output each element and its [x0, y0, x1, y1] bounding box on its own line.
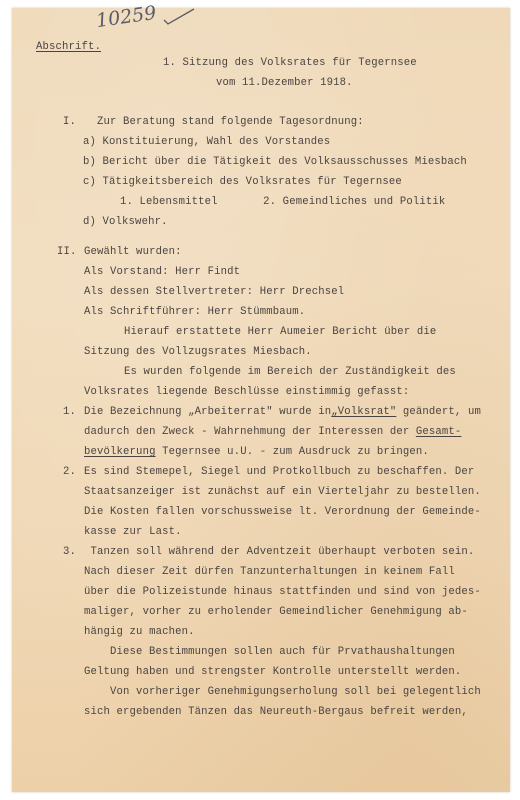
agenda-item-a: a) Konstituierung, Wahl des Vorstandes	[83, 136, 330, 148]
report-line-2: Sitzung des Vollzugsrates Miesbach.	[84, 346, 312, 358]
copy-label: Abschrift.	[36, 41, 101, 53]
resolution-2-number: 2.	[63, 466, 76, 478]
check-mark-icon	[162, 8, 196, 26]
resolution-3-para2-line-2: Geltung haben und strengster Kontrolle u…	[84, 666, 461, 678]
resolution-3-line-3: über die Polizeistunde hinaus stattfinde…	[84, 586, 481, 598]
section2-intro: Gewählt wurden:	[84, 246, 182, 258]
agenda-item-d: d) Volkswehr.	[83, 216, 168, 228]
resolution-1-number: 1.	[63, 406, 76, 418]
section1-numeral: I.	[63, 116, 76, 128]
section2-numeral: II.	[57, 246, 77, 258]
resolution-2-line-4: kasse zur Last.	[84, 526, 182, 538]
resolution-3-line-4: maliger, vorher zu erholender Gemeindlic…	[84, 606, 468, 618]
title-line-1: 1. Sitzung des Volksrates für Tegernsee	[163, 57, 417, 69]
agenda-item-c-subitems: 1. Lebensmittel 2. Gemeindliches und Pol…	[120, 196, 445, 208]
title-line-2: vom 11.Dezember 1918.	[216, 77, 353, 89]
resolution-3-number: 3.	[63, 546, 76, 558]
resolution-2-line-3: Die Kosten fallen vorschussweise lt. Ver…	[84, 506, 481, 518]
decisions-line-2: Volksrates liegende Beschlüsse einstimmi…	[84, 386, 409, 398]
resolution-2-line-2: Staatsanzeiger ist zunächst auf ein Vier…	[84, 486, 481, 498]
resolution-3-para2-line-1: Diese Bestimmungen sollen auch für Prvat…	[110, 646, 455, 658]
report-line-1: Hierauf erstattete Herr Aumeier Bericht …	[124, 326, 436, 338]
resolution-1-line-1: Die Bezeichnung „Arbeiterrat" wurde in„V…	[84, 406, 481, 418]
resolution-1-line-3: bevölkerung Tegernsee u.U. - zum Ausdruc…	[84, 446, 429, 458]
agenda-item-c: c) Tätigkeitsbereich des Volksrates für …	[83, 176, 402, 188]
resolution-3-line-1: Tanzen soll während der Adventzeit überh…	[84, 546, 474, 558]
decisions-line-1: Es wurden folgende im Bereich der Zustän…	[124, 366, 456, 378]
agenda-item-b: b) Bericht über die Tätigkeit des Volksa…	[83, 156, 467, 168]
resolution-3-para3-line-1: Von vorheriger Genehmigungserholung soll…	[110, 686, 481, 698]
resolution-3-para3-line-2: sich ergebenden Tänzen das Neureuth-Berg…	[84, 706, 468, 718]
resolution-3-line-5: hängig zu machen.	[84, 626, 195, 638]
elected-chair: Als Vorstand: Herr Findt	[84, 266, 240, 278]
resolution-1-line-2: dadurch den Zweck - Wahrnehmung der Inte…	[84, 426, 461, 438]
section1-intro: Zur Beratung stand folgende Tagesordnung…	[97, 116, 364, 128]
elected-deputy: Als dessen Stellvertreter: Herr Drechsel	[84, 286, 344, 298]
elected-secretary: Als Schriftführer: Herr Stümmbaum.	[84, 306, 305, 318]
resolution-2-line-1: Es sind Stemepel, Siegel und Protkollbuc…	[84, 466, 474, 478]
resolution-3-line-2: Nach dieser Zeit dürfen Tanzunterhaltung…	[84, 566, 455, 578]
